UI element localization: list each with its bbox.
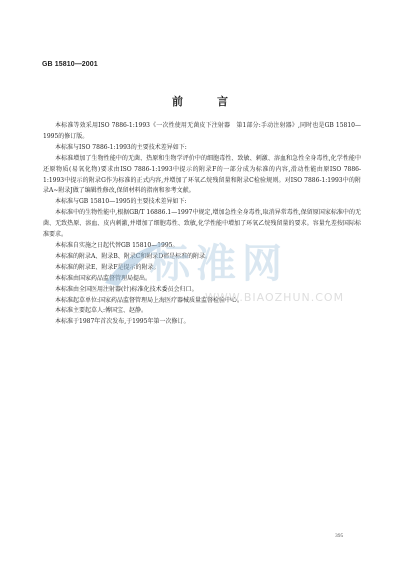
page-number: 395 (335, 533, 343, 539)
paragraph: 本标准于1987年首次发布,于1995年第一次修订。 (43, 317, 361, 328)
standard-code-header: GB 15810—2001 (42, 61, 98, 68)
paragraph: 本标准与ISO 7886-1:1993的主要技术差异如下: (43, 143, 361, 154)
paragraph: 本标准与GB 15810—1995的主要技术差异如下: (43, 197, 361, 208)
page-title: 前言 (0, 93, 400, 109)
paragraph: 本标准主要起草人:傅国宝、赵静。 (43, 306, 361, 317)
paragraph: 本标准增加了生物性能中的无菌、热原和生物学评价中的细胞毒性、致敏、刺激、溶血和急… (43, 154, 361, 198)
watermark-url: WWW.BIAOZHUN.COM (205, 291, 344, 304)
paragraph: 本标准等效采用ISO 7886-1:1993《一次性使用无菌皮下注射器 第1部分… (43, 121, 361, 143)
watermark-text: 标准网 (150, 232, 288, 289)
